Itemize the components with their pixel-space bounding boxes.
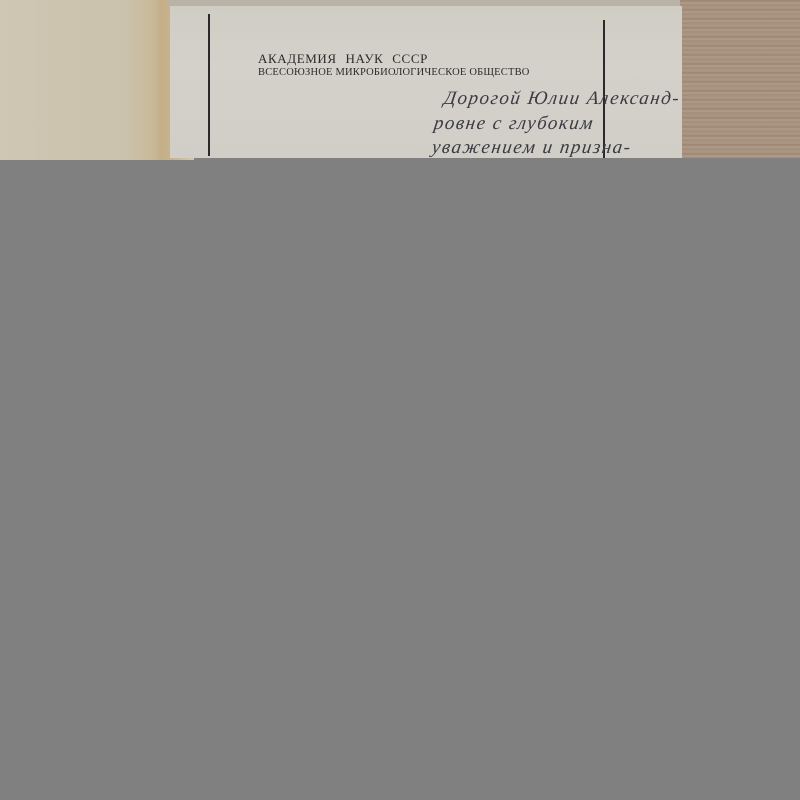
printed-rule-left (208, 14, 210, 156)
inscription-line-3: уважением и призна- (430, 137, 633, 159)
left-book-page (0, 0, 168, 162)
publisher-heading: АКАДЕМИЯ НАУК СССР (258, 51, 428, 67)
inscription-line-1: Дорогой Юлии Александ- (442, 88, 681, 110)
society-subheading: ВСЕСОЮЗНОЕ МИКРОБИОЛОГИЧЕСКОЕ ОБЩЕСТВО (258, 67, 530, 78)
wooden-table-background (680, 0, 800, 158)
flyleaf-page (170, 6, 682, 158)
inscription-line-2: ровне с глубоким (432, 113, 595, 135)
gray-masked-region (0, 160, 800, 800)
